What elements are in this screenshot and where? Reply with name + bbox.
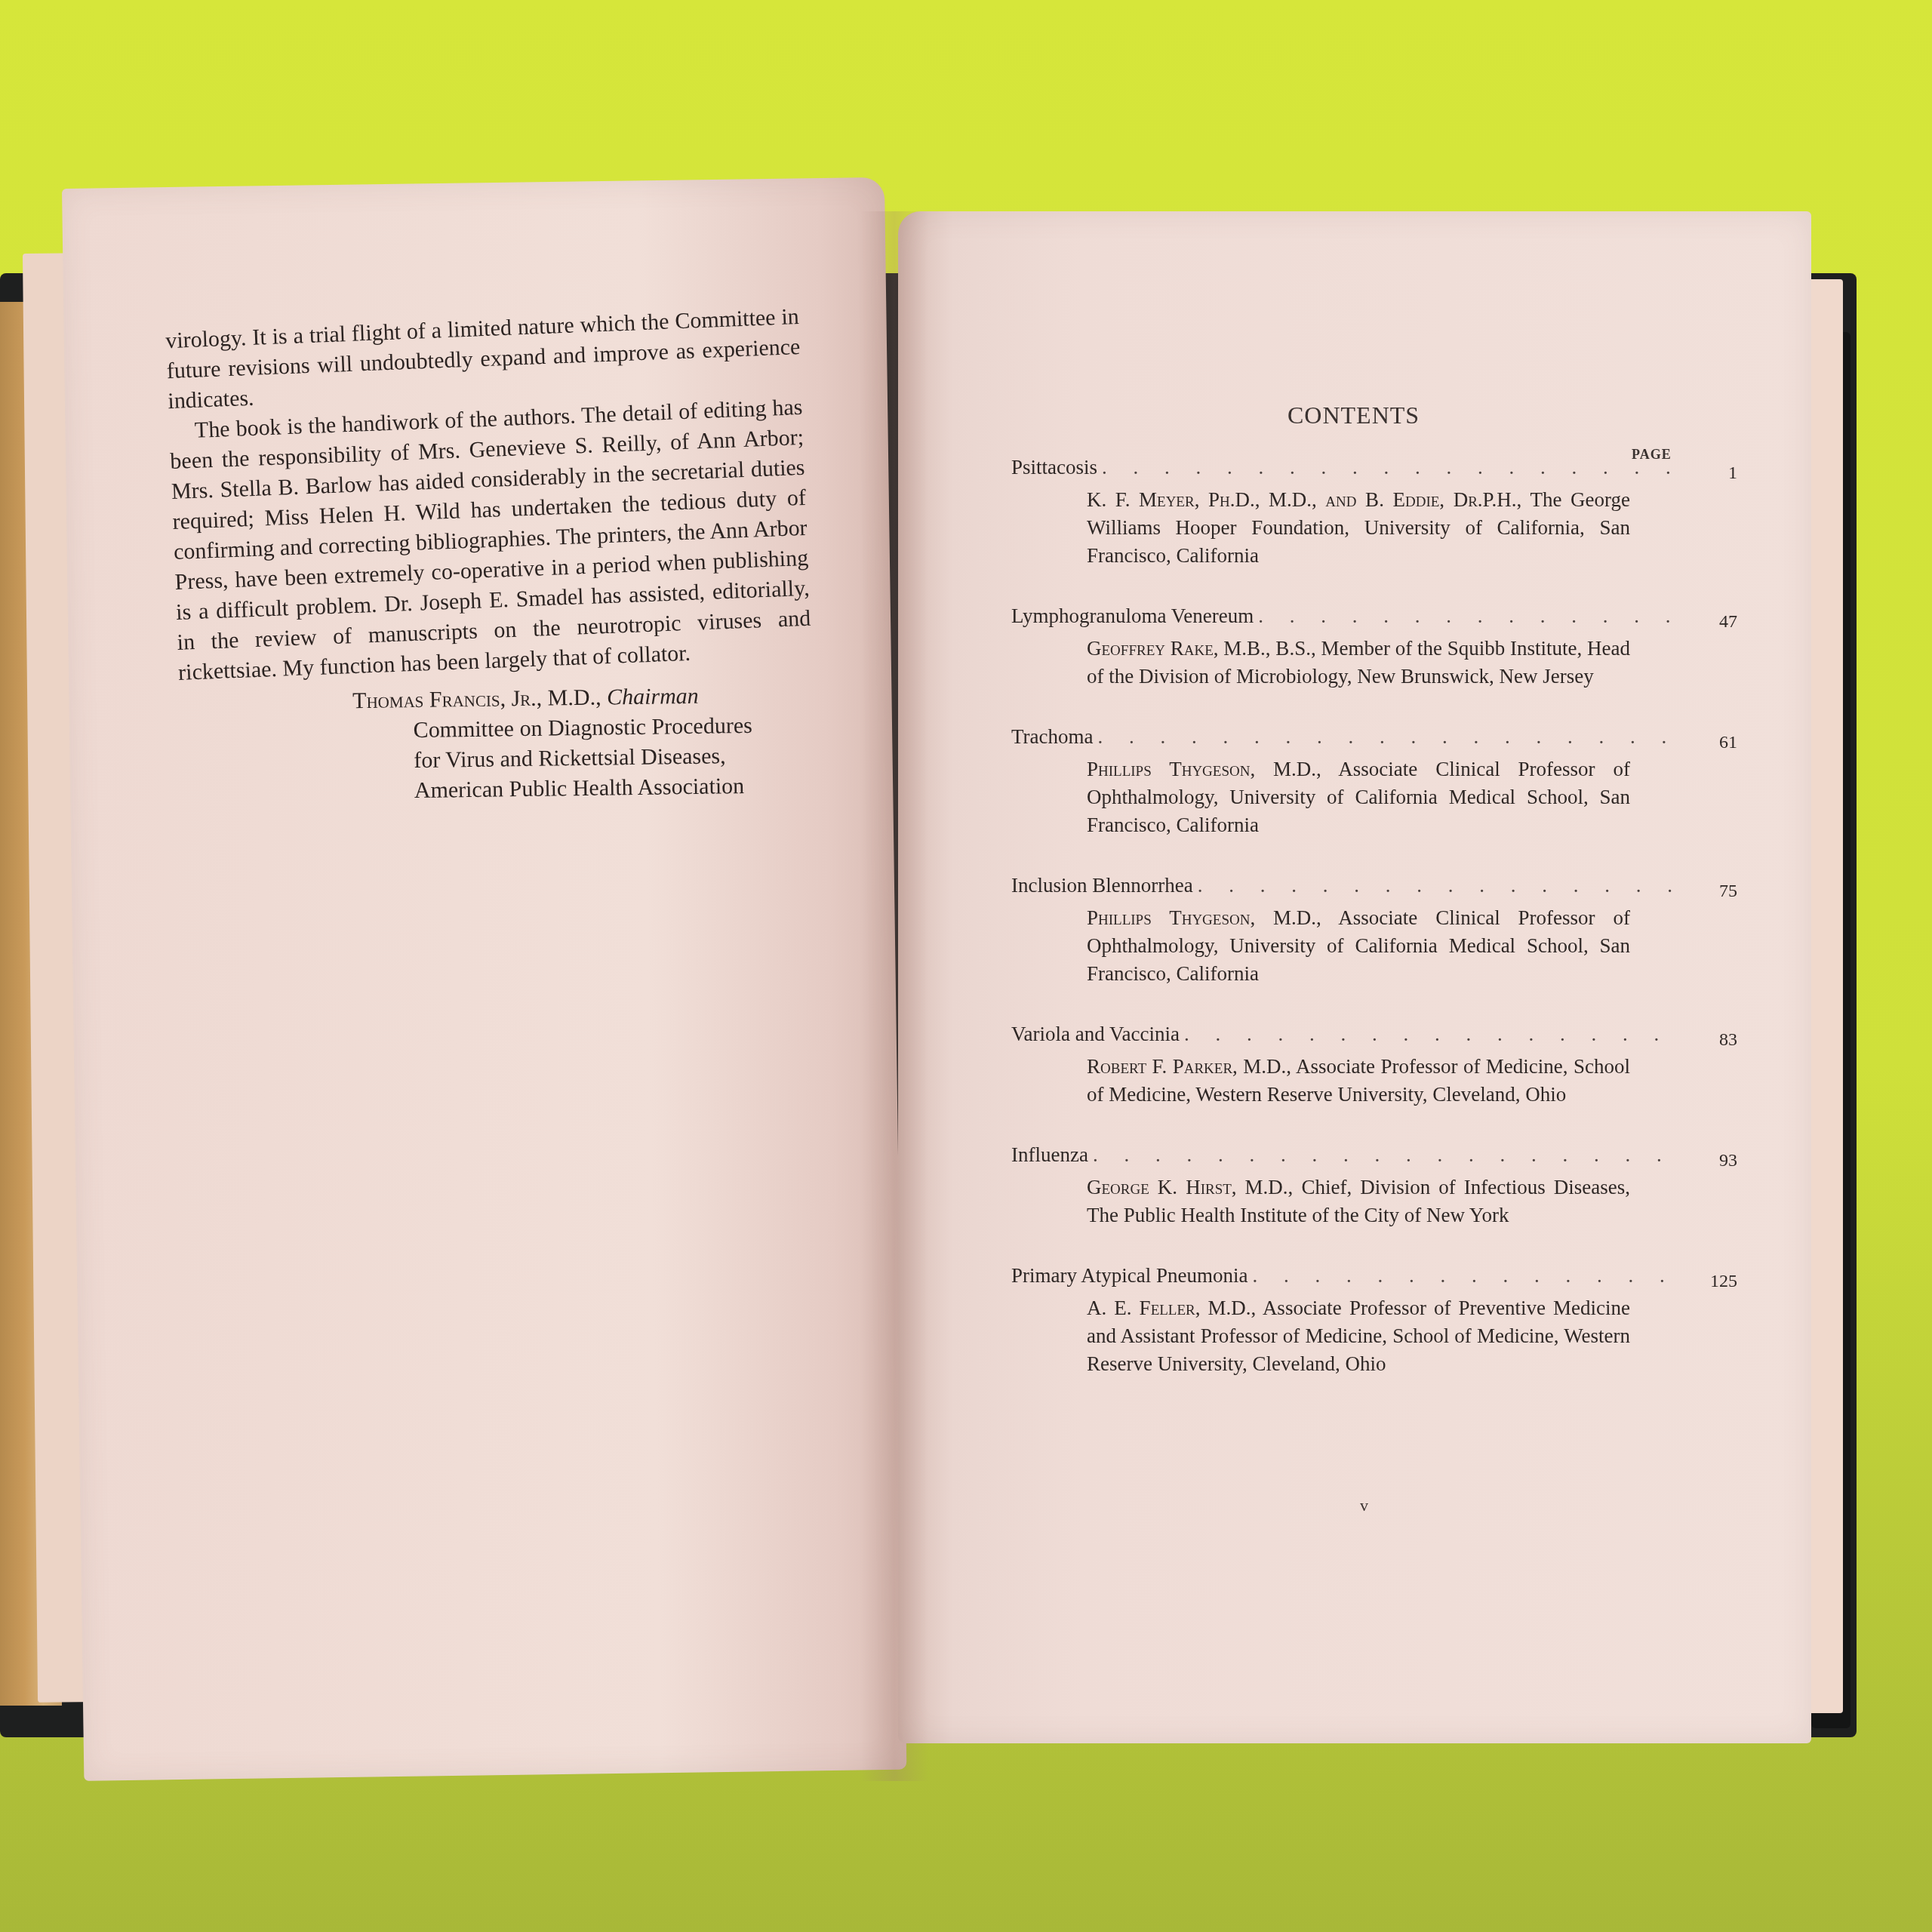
toc-entry: Psittacosis 1 K. F. Meyer, Ph.D., M.D., … [1011, 456, 1690, 570]
toc-entry: Primary Atypical Pneumonia 125 A. E. Fel… [1011, 1264, 1690, 1378]
toc-entry: Inclusion Blennorrhea 75 Phillips Thyges… [1011, 874, 1690, 988]
toc-entry: Lymphogranuloma Venereum 47 Geoffrey Rak… [1011, 605, 1690, 691]
dot-leader [1258, 605, 1686, 628]
dot-leader [1098, 725, 1687, 749]
toc-entry-author: K. F. Meyer, Ph.D., M.D., and B. Eddie, … [1011, 486, 1690, 570]
author-name: George K. Hirst, M.D., [1087, 1176, 1293, 1198]
dot-leader [1184, 1023, 1686, 1046]
toc-entry-author: Robert F. Parker, M.D., Associate Profes… [1011, 1053, 1690, 1109]
author-name: Phillips Thygeson, M.D., [1087, 758, 1321, 780]
toc-entry: Influenza 93 George K. Hirst, M.D., Chie… [1011, 1143, 1690, 1229]
toc-entry-title: Lymphogranuloma Venereum [1011, 605, 1254, 628]
author-name: Geoffrey Rake, M.B., B.S., [1087, 637, 1316, 660]
toc-entry-author: George K. Hirst, M.D., Chief, Division o… [1011, 1174, 1690, 1229]
author-name: K. F. Meyer, Ph.D., M.D., and B. Eddie, … [1087, 488, 1521, 511]
author-name: Phillips Thygeson, M.D., [1087, 906, 1321, 929]
toc-entry-title: Primary Atypical Pneumonia [1011, 1264, 1247, 1287]
dot-leader [1102, 456, 1686, 479]
signature-line: Committee on Diagnostic Procedures [352, 710, 805, 746]
toc-entry-page: 61 [1719, 733, 1737, 753]
toc-entry: Trachoma 61 Phillips Thygeson, M.D., Ass… [1011, 725, 1690, 839]
toc-entry-page: 83 [1719, 1030, 1737, 1051]
toc-entry-author: Phillips Thygeson, M.D., Associate Clini… [1011, 904, 1690, 988]
toc-entry-author: A. E. Feller, M.D., Associate Professor … [1011, 1294, 1690, 1378]
signature-line: American Public Health Association [354, 771, 808, 807]
signatory-name: Thomas Francis, Jr., M.D., [352, 685, 601, 714]
toc-entry-title: Variola and Vaccinia [1011, 1023, 1180, 1046]
table-of-contents: Psittacosis 1 K. F. Meyer, Ph.D., M.D., … [1011, 456, 1690, 1413]
toc-entry-page: 125 [1710, 1272, 1737, 1292]
toc-entry: Variola and Vaccinia 83 Robert F. Parker… [1011, 1023, 1690, 1109]
author-name: Robert F. Parker, M.D., [1087, 1055, 1291, 1078]
toc-entry-title: Trachoma [1011, 725, 1094, 749]
preface-paragraph: The book is the handiwork of the authors… [168, 392, 812, 688]
toc-entry-author: Geoffrey Rake, M.B., B.S., Member of the… [1011, 635, 1690, 691]
signatory-role: Chairman [607, 684, 699, 710]
toc-entry-page: 93 [1719, 1151, 1737, 1171]
dot-leader [1093, 1143, 1686, 1167]
toc-entry-author: Phillips Thygeson, M.D., Associate Clini… [1011, 755, 1690, 839]
contents-title: CONTENTS [1287, 401, 1420, 429]
dot-leader [1252, 1264, 1686, 1287]
preface-signature: Thomas Francis, Jr., M.D., Chairman Comm… [352, 680, 807, 807]
author-name: A. E. Feller, M.D., [1087, 1297, 1256, 1319]
book-gutter [860, 211, 928, 1781]
dot-leader [1198, 874, 1686, 897]
toc-entry-page: 1 [1728, 463, 1737, 484]
toc-entry-page: 47 [1719, 612, 1737, 632]
toc-entry-title: Influenza [1011, 1143, 1088, 1167]
page-number: v [1360, 1496, 1368, 1515]
toc-entry-page: 75 [1719, 881, 1737, 902]
toc-entry-title: Inclusion Blennorrhea [1011, 874, 1193, 897]
preface-text: virology. It is a trial flight of a limi… [165, 302, 813, 688]
toc-entry-title: Psittacosis [1011, 456, 1097, 479]
